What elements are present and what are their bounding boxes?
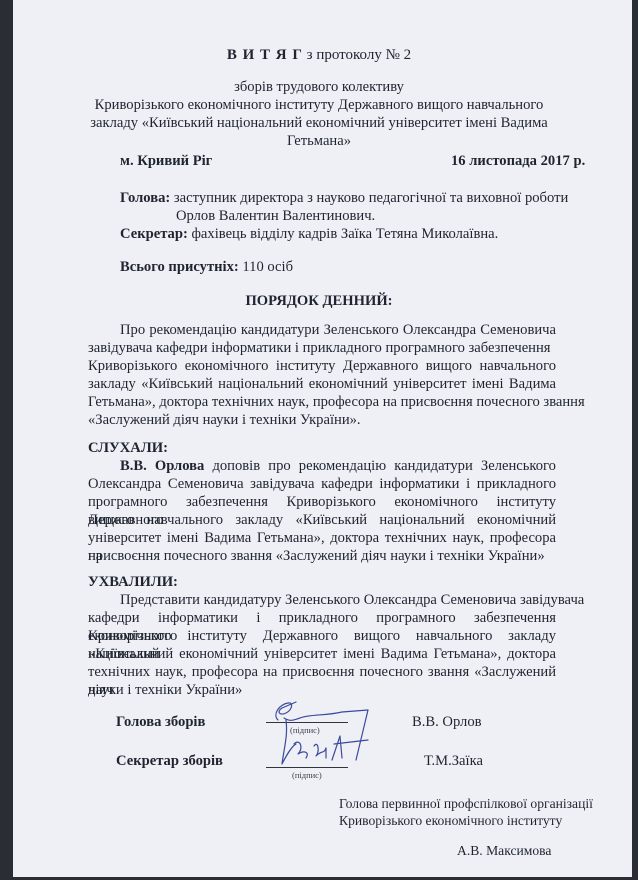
chair-line: Голова: заступник директора з науково пе…: [120, 189, 568, 207]
present-label: Всього присутніх:: [120, 259, 239, 275]
secretary-label: Секретар:: [120, 226, 188, 242]
document-title: В И Т Я Г з протоколу № 2: [0, 46, 638, 64]
resolved-line-1: Представити кандидатуру Зеленського Олек…: [120, 591, 584, 609]
agenda-line-6: «Заслужений діяч науки і техніки України…: [88, 411, 361, 429]
secretary-name: Т.М.Заїка: [424, 752, 483, 770]
speaker-name: В.В. Орлова: [120, 458, 204, 474]
heard-line-4: вищого навчального закладу «Київський на…: [88, 511, 556, 529]
agenda-line-3: Криворізького економічного інституту Дер…: [88, 357, 556, 375]
secretary-line: Секретар: фахівець відділу кадрів Заїка …: [120, 225, 498, 243]
agenda-line-4: закладу «Київський національний економіч…: [88, 375, 556, 393]
union-line-1: Голова первинної профспілкової організац…: [339, 795, 593, 813]
present-line: Всього присутніх: 110 осіб: [120, 258, 293, 276]
handwritten-signature-icon: [270, 700, 380, 775]
secretary-signature-label: Секретар зборів: [116, 752, 223, 770]
chair-name: Орлов Валентин Валентинович.: [176, 207, 375, 225]
heard-line-2: Олександра Семеновича завідувача кафедри…: [88, 475, 556, 493]
secretary-text: фахівець відділу кадрів Заїка Тетяна Мик…: [188, 226, 498, 242]
subtitle: зборів трудового колективу: [0, 78, 638, 96]
chair-name: В.В. Орлов: [412, 713, 482, 731]
present-value: 110 осіб: [239, 259, 293, 275]
title-bold: В И Т Я Г: [227, 47, 303, 63]
heard-line-6: присвоєння почесного звання «Заслужений …: [88, 547, 545, 565]
org-line-2: закладу «Київський національний економіч…: [0, 114, 638, 132]
date: 16 листопада 2017 р.: [451, 152, 585, 170]
union-head-name: А.В. Максимова: [457, 842, 551, 860]
chair-text: заступник директора з науково педагогічн…: [170, 190, 568, 206]
heard-heading: СЛУХАЛИ:: [88, 439, 168, 457]
union-line-2: Криворізького економічного інституту: [339, 812, 562, 830]
chair-label: Голова:: [120, 190, 170, 206]
title-rest: з протоколу № 2: [303, 47, 411, 63]
agenda-heading: ПОРЯДОК ДЕННИЙ:: [0, 292, 638, 310]
agenda-line-5: Гетьмана», доктора технічних наук, профе…: [88, 393, 585, 411]
resolved-line-4: національний економічний університет іме…: [88, 645, 556, 663]
agenda-line-1: Про рекомендацію кандидатури Зеленського…: [88, 321, 556, 339]
heard-line-1: В.В. Орлова доповів про рекомендацію кан…: [120, 457, 556, 475]
org-line-1: Криворізького економічного інституту Дер…: [0, 96, 638, 114]
resolved-heading: УХВАЛИЛИ:: [88, 573, 178, 591]
agenda-line-2: завідувача кафедри інформатики і приклад…: [88, 339, 551, 357]
org-line-3: Гетьмана»: [0, 132, 638, 150]
chair-signature-label: Голова зборів: [116, 713, 205, 731]
city: м. Кривий Ріг: [120, 152, 212, 170]
resolved-line-6: науки і техніки України»: [88, 681, 242, 699]
